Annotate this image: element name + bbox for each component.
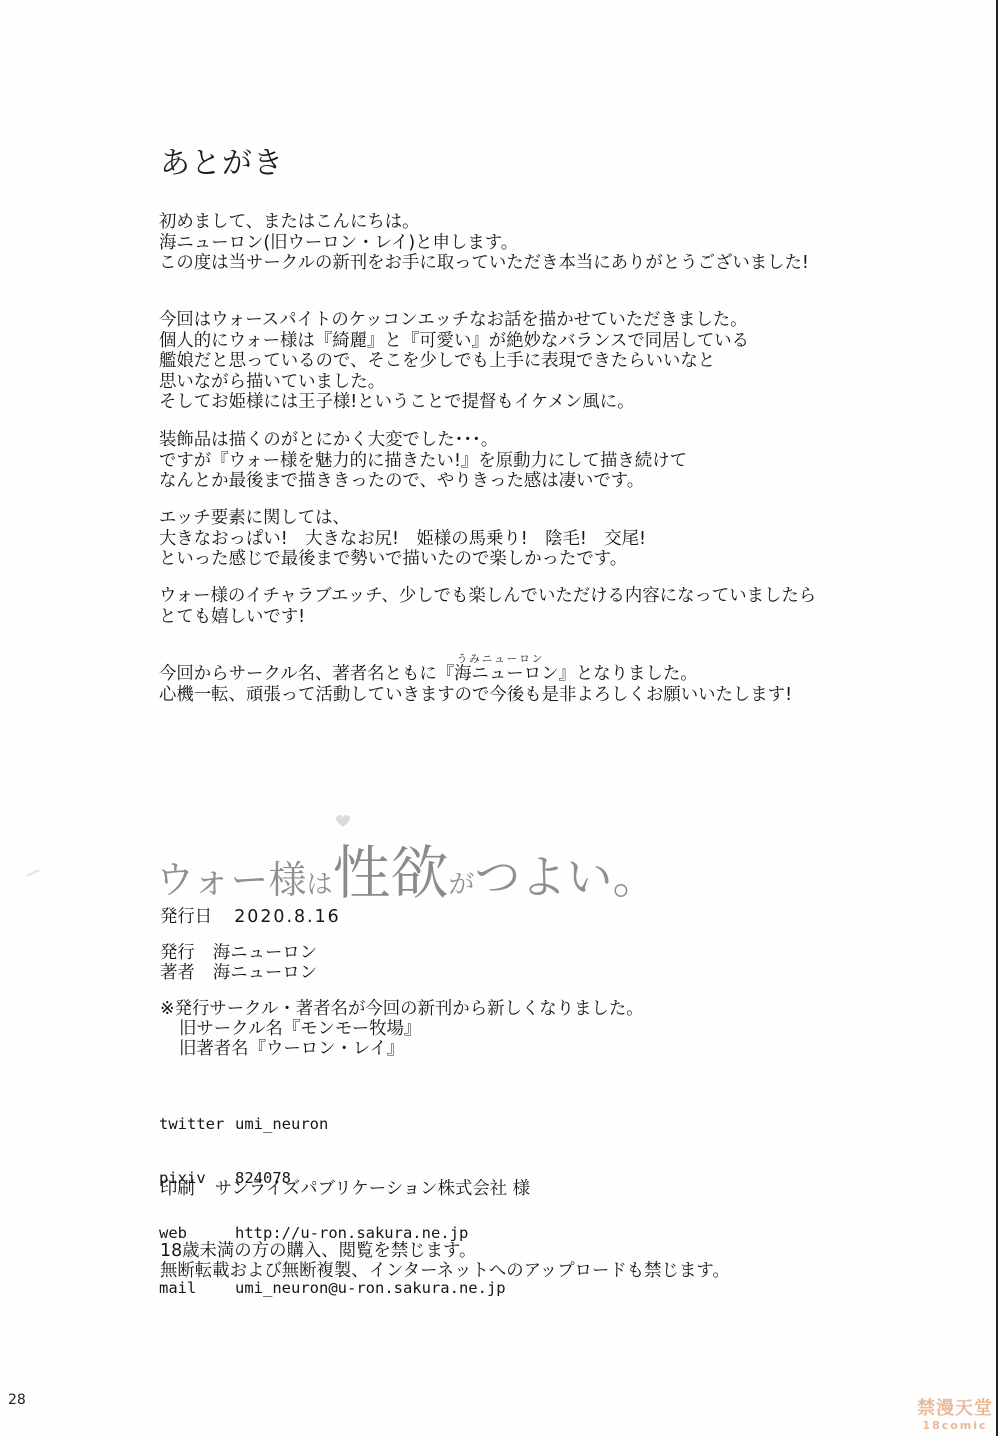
text-line: なんとか最後まで描ききったので、やりきった感は凄いです。 [159,471,687,492]
text-line: エッチ要素に関しては、 [159,508,646,529]
text-line: といった感じで最後まで勢いで描いたので楽しかったです。 [159,549,646,570]
contact-value: umi_neuron [235,1115,328,1133]
author-row: 著者海ニューロン [160,958,317,983]
title-part: 性欲 [333,839,449,907]
text-segment: となりました。 [576,664,698,684]
watermark-line-2: 18comic [917,1420,993,1431]
title-part: が [449,870,475,900]
author-label: 著者 [160,963,195,983]
text-line: 今回はウォースパイトのケッコンエッチなお話を描かせていただきました。 [159,310,749,331]
ruby-annotation: うみニューロン [457,649,545,670]
text-line: とても嬉しいです! [159,607,816,628]
contact-value: umi_neuron@u-ron.sakura.ne.jp [235,1279,506,1297]
text-line: 初めまして、またはこんにちは。 [159,212,809,233]
text-line: この度は当サークルの新刊をお手に取っていただき本当にありがとうございました! [159,253,809,274]
printer-row: 印刷サンライズパブリケーション株式会社 様 [160,1174,530,1199]
text-line: 装飾品は描くのがとにかく大変でした･･･。 [159,430,687,451]
afterword-paragraph-4: エッチ要素に関しては、 大きなおっぱい! 大きなお尻! 姫様の馬乗り! 陰毛! … [159,508,646,570]
text-line: ですが『ウォー様を魅力的に描きたい!』を原動力にして描き続けて [159,451,687,472]
text-line: 心機一転、頑張って活動していきますので今後も是非よろしくお願いいたします! [159,685,792,706]
site-watermark: 禁漫天堂 18comic [917,1400,993,1431]
copyright-notice: 無断転載および無断複製、インターネットへのアップロードも禁じます。 [160,1256,730,1281]
title-part: つよい。 [475,850,659,904]
afterword-paragraph-3: 装飾品は描くのがとにかく大変でした･･･。 ですが『ウォー様を魅力的に描きたい!… [159,430,687,492]
text-line: ウォー様のイチャラブエッチ、少しでも楽しんでいただける内容になっていましたら [159,586,816,607]
afterword-paragraph-6: 今回からサークル名、著者名ともにうみニューロン『海ニューロン』となりました。 心… [159,664,792,705]
author-value: 海ニューロン [213,963,317,983]
afterword-paragraph-2: 今回はウォースパイトのケッコンエッチなお話を描かせていただきました。 個人的にウ… [159,310,749,413]
scan-edge-line [996,0,998,1436]
publish-date-value: 2020.8.16 [234,907,341,927]
text-segment: 今回からサークル名、著者名ともに [159,664,437,684]
contact-list: twitter umi_neuron pixiv 824078 web http… [159,1078,506,1334]
contact-label: mail [159,1279,235,1297]
publish-date-row: 発行日2020.8.16 [160,902,341,927]
text-line: 大きなおっぱい! 大きなお尻! 姫様の馬乗り! 陰毛! 交尾! [159,529,646,550]
contact-row-mail: mail umi_neuron@u-ron.sakura.ne.jp [159,1279,506,1297]
text-line: 思いながら描いていました。 [159,372,749,393]
afterword-paragraph-1: 初めまして、またはこんにちは。 海ニューロン(旧ウーロン・レイ)と申します。 こ… [159,212,809,274]
text-line: 今回からサークル名、著者名ともにうみニューロン『海ニューロン』となりました。 [159,664,792,685]
printer-value: サンライズパブリケーション株式会社 様 [215,1179,530,1199]
text-line: 海ニューロン(旧ウーロン・レイ)と申します。 [159,233,809,254]
text-line: そしてお姫様には王子様!ということで提督もイケメン風に。 [159,392,749,413]
contact-label: twitter [159,1115,235,1133]
publish-date-label: 発行日 [160,907,212,927]
title-part: は [306,870,332,900]
page-number: 28 [8,1392,26,1408]
old-author-name: 旧著者名『ウーロン・レイ』 [179,1034,404,1059]
text-line: 個人的にウォー様は『綺麗』と『可愛い』が絶妙なバランスで同居している [159,331,749,352]
book-title-logo: ウォー様は性欲がつよい。 [156,826,659,910]
watermark-line-1: 禁漫天堂 [917,1400,993,1418]
contact-row-twitter: twitter umi_neuron [159,1115,506,1133]
document-page: あとがき 初めまして、またはこんにちは。 海ニューロン(旧ウーロン・レイ)と申し… [0,0,1000,1436]
title-part: ウォー様 [156,858,306,902]
text-line: 艦娘だと思っているので、そこを少しでも上手に表現できたらいいなと [159,351,749,372]
ruby-group: うみニューロン『海ニューロン』 [437,664,576,685]
afterword-paragraph-5: ウォー様のイチャラブエッチ、少しでも楽しんでいただける内容になっていましたら と… [159,586,816,627]
scan-speck [26,869,40,877]
printer-label: 印刷 [160,1179,195,1199]
afterword-heading: あとがき [160,138,284,182]
